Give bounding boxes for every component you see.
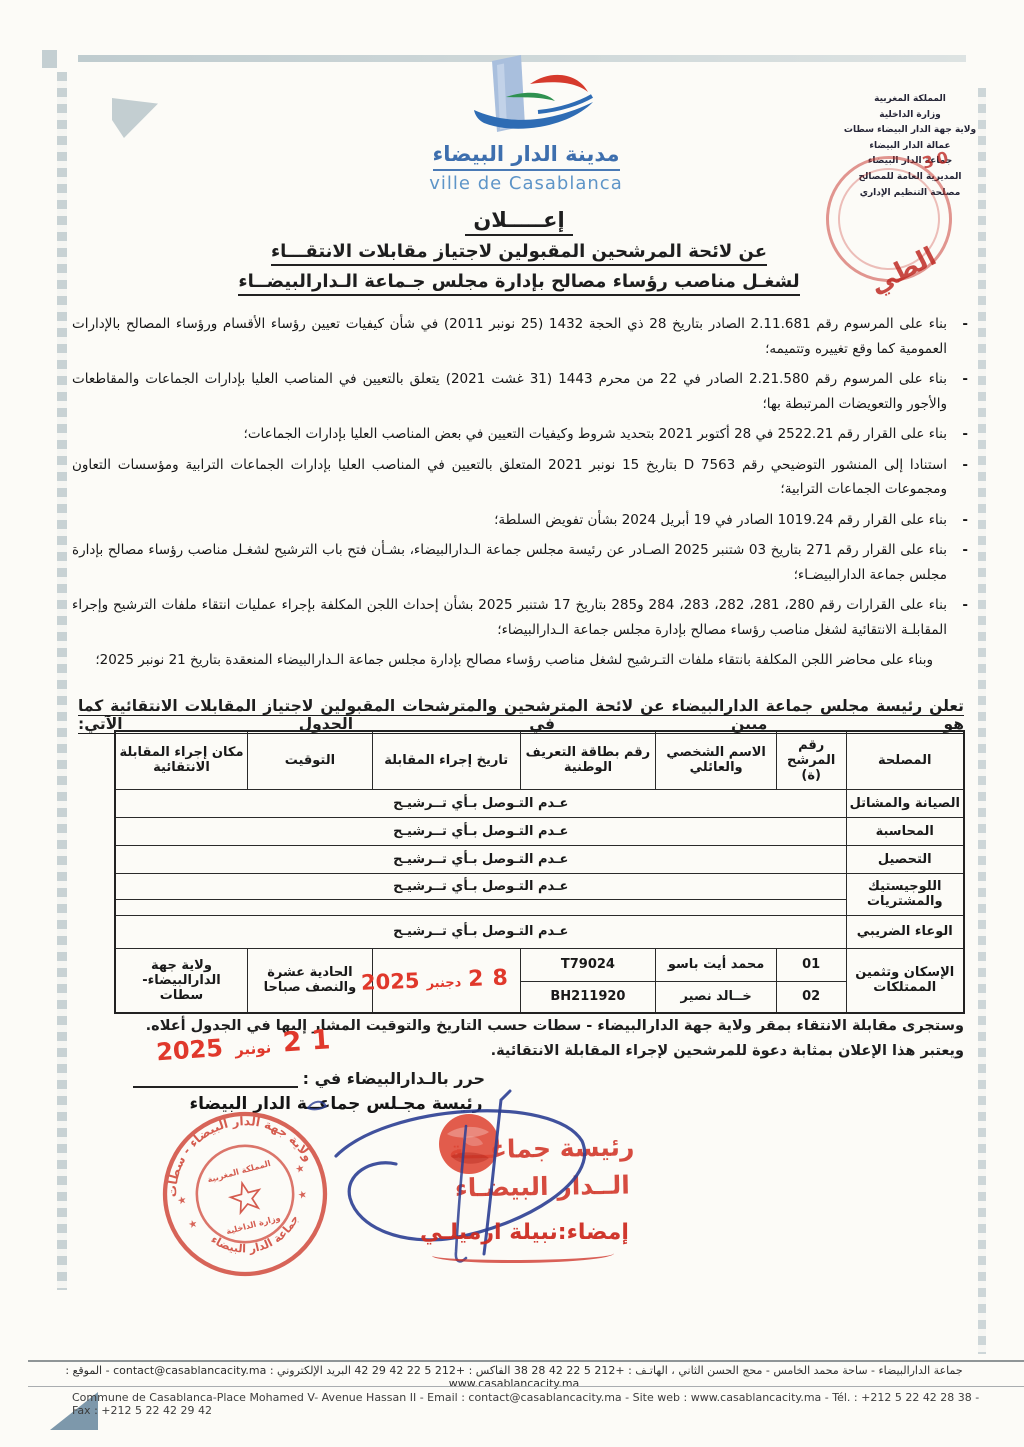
table-header-row: المصلحة رقم المرشح (ة) الاسم الشخصي والع…	[115, 731, 964, 789]
casablanca-logo-icon	[388, 52, 664, 138]
table-row: اللوجيستيك والمشتريات عـدم التـوصل بـأي …	[115, 873, 964, 899]
stamp-year: 2025	[360, 968, 419, 994]
service-cell: اللوجيستيك والمشتريات	[846, 873, 964, 915]
legal-basis-list: بناء على المرسوم رقم 2.11.681 الصادر بتا…	[72, 312, 968, 679]
dash-marker	[956, 508, 968, 533]
list-item: وبناء على محاضر اللجن المكلفة بانتقاء مل…	[72, 648, 968, 673]
letterhead-line: عمالة الدار البيضاء	[843, 139, 977, 155]
no-candidature-cell: عـدم التـوصل بـأي تــرشيـح	[115, 789, 846, 817]
document-title: إعـــــلان عن لائحة المرشحين المقبولين ل…	[80, 208, 958, 296]
service-cell: المحاسبة	[846, 817, 964, 845]
handwriting-line	[133, 1068, 298, 1088]
empty-cell	[115, 899, 846, 915]
col-header-name: الاسم الشخصي والعائلي	[656, 731, 777, 789]
candidate-cin-cell: T79024	[520, 948, 656, 981]
footer-contact-french: Commune de Casablanca-Place Mohamed V- A…	[72, 1391, 994, 1417]
candidate-name-cell: محمد أيت باسو	[656, 948, 777, 981]
table-row: المحاسبة عـدم التـوصل بـأي تــرشيـح	[115, 817, 964, 845]
letterhead-line: ولاية جهة الدار البيضاء سطات	[843, 123, 977, 139]
scan-mark-triangle-top	[112, 98, 158, 138]
stamp-month: نونبر	[234, 1038, 271, 1058]
no-candidature-cell: عـدم التـوصل بـأي تــرشيـح	[115, 845, 846, 873]
dash-marker	[942, 648, 954, 673]
list-item: بناء على القرارات رقم 280، 281، 282، 283…	[72, 593, 968, 642]
date-stamp: 28 دجنبر 2025	[360, 965, 517, 995]
col-header-cin: رقم بطاقة التعريف الوطنية	[520, 731, 656, 789]
footer-rule-bottom	[28, 1386, 1024, 1387]
stamp-day: 21	[282, 1024, 342, 1059]
stamp-year: 2025	[155, 1034, 224, 1067]
col-header-interview-date: تاريخ إجراء المقابلة	[372, 731, 520, 789]
dash-marker	[956, 593, 968, 642]
list-item: بناء على المرسوم رقم 2.11.681 الصادر بتا…	[72, 312, 968, 361]
signature-name-line: إمضاء:نبيلة ارميلـي	[420, 1220, 629, 1245]
col-header-place: مكان إجراء المقابلة الانتقائية	[115, 731, 248, 789]
no-candidature-cell: عـدم التـوصل بـأي تــرشيـح	[115, 915, 846, 948]
city-name-arabic: مدينة الدار البيضاء	[433, 142, 620, 171]
list-item: بناء على القرار رقم 1019.24 الصادر في 19…	[72, 508, 968, 533]
table-row: الصيانة والمشاتل عـدم التـوصل بـأي تــرش…	[115, 789, 964, 817]
no-candidature-cell: عـدم التـوصل بـأي تــرشيـح	[115, 873, 846, 899]
list-item: بناء على القرار رقم 271 بتاريخ 03 شتنبر …	[72, 538, 968, 587]
city-logo: مدينة الدار البيضاء ville de Casablanca	[388, 52, 664, 194]
interview-date-cell: 28 دجنبر 2025	[372, 948, 520, 1013]
service-cell: التحصيل	[846, 845, 964, 873]
scan-mark-square	[42, 50, 57, 68]
col-header-candidate-number: رقم المرشح (ة)	[776, 731, 846, 789]
city-name-french: ville de Casablanca	[388, 173, 664, 194]
scan-edge-right-strip	[978, 88, 986, 1354]
stamp-inner-top-text: المملكة المغربية	[206, 1158, 272, 1186]
table-row	[115, 899, 964, 915]
issued-at-label: حرر بالـدارالبيضاء في :	[303, 1069, 485, 1088]
candidates-table: المصلحة رقم المرشح (ة) الاسم الشخصي والع…	[114, 730, 965, 1014]
list-item: استنادا إلى المنشور التوضيحي رقم D 7563 …	[72, 453, 968, 502]
letterhead-line: وزارة الداخلية	[843, 108, 977, 124]
title-line-3: لشغـل مناصب رؤساء مصالح بإدارة مجلس جـما…	[238, 271, 799, 296]
stamp-star: ★	[187, 1217, 199, 1231]
candidate-number-cell: 01	[776, 948, 846, 981]
letterhead-line: المملكة المغربية	[843, 92, 977, 108]
dash-marker	[956, 312, 968, 361]
col-header-service: المصلحة	[846, 731, 964, 789]
interview-time-cell: الحادية عشرة والنصف صباحا	[248, 948, 373, 1013]
footer-rule-top	[28, 1360, 1024, 1362]
col-header-time: التوقيت	[248, 731, 373, 789]
dash-marker	[956, 367, 968, 416]
dash-marker	[956, 538, 968, 587]
stamp-pentagram-icon	[228, 1179, 264, 1214]
candidate-cin-cell: BH211920	[520, 981, 656, 1013]
candidate-number-cell: 02	[776, 981, 846, 1013]
list-item: بناء على القرار رقم 2522.21 في 28 أكتوبر…	[72, 422, 968, 447]
table-row: الإسكان وتثمين الممتلكات 01 محمد أيت باس…	[115, 948, 964, 981]
service-cell: الصيانة والمشاتل	[846, 789, 964, 817]
interview-place-cell: ولاية جهة الدارالبيضاء- سطات	[115, 948, 248, 1013]
scan-edge-left-strip	[57, 72, 67, 1290]
no-candidature-cell: عـدم التـوصل بـأي تــرشيـح	[115, 817, 846, 845]
stamp-star: ★	[176, 1194, 188, 1208]
title-line-2: عن لائحة المرشحين المقبولين لاجتياز مقاب…	[271, 241, 767, 266]
dash-marker	[956, 453, 968, 502]
service-cell: الإسكان وتثمين الممتلكات	[846, 948, 964, 1013]
title-word: إعـــــلان	[465, 208, 572, 236]
table-row: الوعاء الضريبي عـدم التـوصل بـأي تــرشيـ…	[115, 915, 964, 948]
stamp-month: دجنبر	[426, 975, 461, 991]
announcement-sentence: تعلن رئيسة مجلس جماعة الدارالبيضاء عن لا…	[78, 697, 964, 733]
list-item: بناء على المرسوم رقم 2.21.580 الصادر في …	[72, 367, 968, 416]
service-cell: الوعاء الضريبي	[846, 915, 964, 948]
issued-at-line: حرر بالـدارالبيضاء في :	[133, 1068, 485, 1088]
dash-marker	[956, 422, 968, 447]
candidate-name-cell: خــالد نصير	[656, 981, 777, 1013]
table-row: التحصيل عـدم التـوصل بـأي تــرشيـح	[115, 845, 964, 873]
stamp-day: 28	[467, 965, 516, 992]
scanned-announcement-page: مدينة الدار البيضاء ville de Casablanca …	[0, 0, 1024, 1447]
